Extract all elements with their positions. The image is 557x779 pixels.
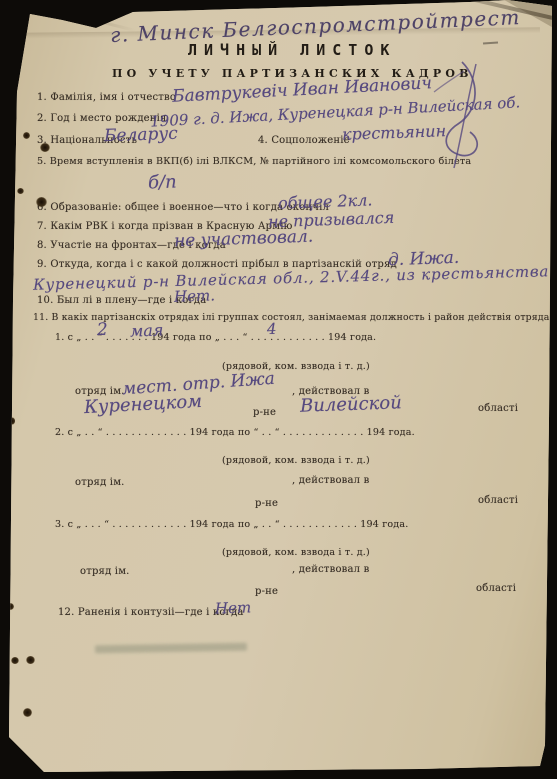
entry-1-day-handwriting: 2 <box>97 320 109 340</box>
entry-1-month-handwriting: мая <box>130 320 164 340</box>
service-entry-2-line: 2. с „ . . “ . . . . . . . . . . . . . 1… <box>55 427 415 438</box>
entry-3-acted-label: , действовал в <box>292 564 369 575</box>
entry-2-otryad-label: отряд ім. <box>75 477 125 488</box>
entry-2-oblast-label: області <box>478 495 518 506</box>
faint-stamp <box>95 643 247 654</box>
entry-1-rne-label: р-не <box>253 407 276 418</box>
punch-hole <box>40 143 50 152</box>
entry-1-oblast-handwriting: Вилейской <box>300 392 402 417</box>
punch-hole <box>36 197 47 207</box>
entry-2-acted-label: , действовал в <box>292 475 369 486</box>
form-title: ЛИЧНЫЙ ЛИСТОК <box>188 41 396 59</box>
entry-1-year-handwriting: 4 <box>267 320 277 338</box>
punch-hole <box>26 656 35 664</box>
entry-3-rne-label: р-не <box>255 586 278 597</box>
punch-hole <box>23 708 32 717</box>
scanned-document: г. Минск Белгоспромстройтрест ЛИЧНЫЙ ЛИС… <box>0 0 557 779</box>
entry-3-rank-note: (рядовой, ком. взвода і т. д.) <box>222 547 370 558</box>
pencil-mark <box>483 41 498 44</box>
entry-2-rank-note: (рядовой, ком. взвода і т. д.) <box>222 455 370 466</box>
field-12-value: Нет <box>215 598 252 617</box>
ink-blot <box>23 132 30 139</box>
ink-blot <box>17 188 24 194</box>
field-2-label: 2. Год і место рожденія <box>37 113 167 124</box>
field-3-value: Беларус <box>104 124 178 147</box>
service-entry-3-line: 3. с „ . . . “ . . . . . . . . . . . . 1… <box>55 519 408 530</box>
entry-2-rne-label: р-не <box>255 498 278 509</box>
paper: г. Минск Белгоспромстройтрест ЛИЧНЫЙ ЛИС… <box>0 0 557 779</box>
ink-mark <box>7 603 14 610</box>
field-11-label: 11. В какіх партізанскіх отрядах ілі гру… <box>33 312 553 323</box>
entry-3-oblast-label: області <box>476 583 516 594</box>
field-5-value: б/п <box>148 172 177 194</box>
punch-hole <box>11 657 19 664</box>
field-10-value: Нет. <box>174 286 216 305</box>
field-5-label: 5. Время вступленія в ВКП(б) ілі ВЛКСМ, … <box>37 156 471 167</box>
field-1-label: 1. Фамілія, імя і отчество <box>37 92 176 103</box>
field-4-label: 4. Соцположеніе <box>258 135 350 146</box>
field-8-value: не участвовал. <box>174 227 314 252</box>
ink-flourish <box>428 58 518 173</box>
entry-1-oblast-label: області <box>478 403 518 414</box>
ink-mark <box>9 417 15 425</box>
entry-3-otryad-label: отряд ім. <box>80 566 130 577</box>
